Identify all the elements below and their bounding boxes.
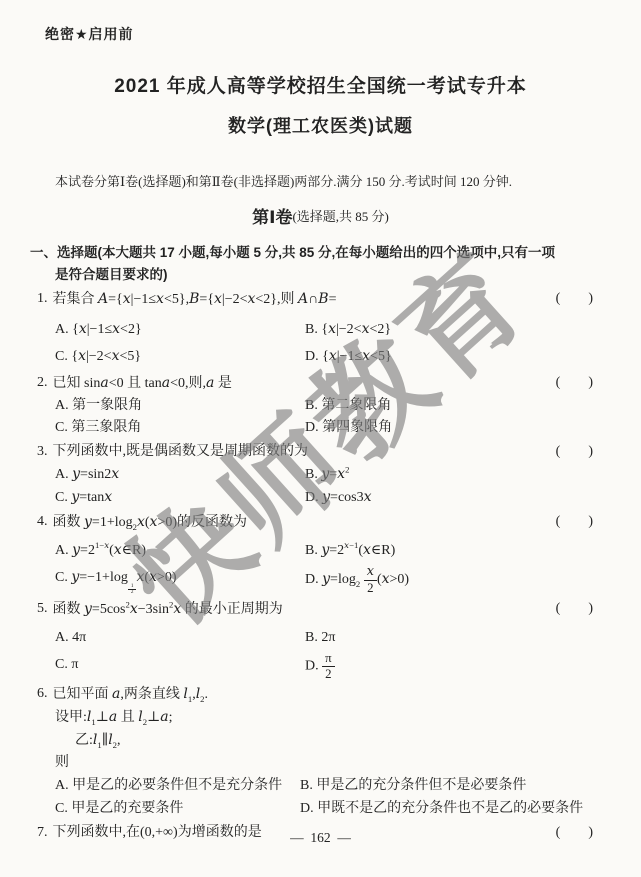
- exam-instructions: 本试卷分第Ⅰ卷(选择题)和第Ⅱ卷(非选择题)两部分.满分 150 分.考试时间 …: [55, 171, 512, 190]
- answer-bracket: ( ): [556, 372, 593, 394]
- option-3A: A. y=sin2x: [55, 463, 305, 486]
- exam-title: 2021 年成人高等学校招生全国统一考试专升本: [0, 71, 641, 98]
- answer-bracket: ( ): [556, 511, 593, 533]
- condition-then: 则: [55, 752, 593, 774]
- section-heading-line1: 一、选择题(本大题共 17 小题,每小题 5 分,共 85 分,在每小题给出的四…: [30, 242, 605, 264]
- question-stem: 已知 sina<0 且 tana<0,则,a 是: [53, 372, 232, 395]
- volume-heading: 第Ⅰ卷(选择题,共 85 分): [0, 203, 641, 228]
- option-4A: A. y=21−x(x∈R): [55, 537, 305, 564]
- option-4C: C. y=−1+log12x(x>0): [55, 564, 305, 596]
- option-5D: D. π2: [305, 651, 593, 682]
- option-2B: B. 第二象限角: [305, 395, 593, 417]
- section-heading-line2: 是符合题目要求的): [55, 264, 605, 286]
- volume-title: 第Ⅰ卷: [252, 208, 292, 227]
- question-number: 2.: [37, 372, 48, 394]
- question-6: 6. 已知平面 a,两条直线 l1,l2. 设甲:l1⊥a 且 l2⊥a; 乙:…: [37, 683, 593, 820]
- option-5A: A. 4π: [55, 624, 305, 651]
- questions-area: 1. 若集合 A={x|−1≤x<5},B={x|−2<x<2},则 A∩B= …: [37, 288, 593, 847]
- answer-bracket: ( ): [556, 441, 593, 463]
- question-2: 2. 已知 sina<0 且 tana<0,则,a 是 ( ) A. 第一象限角…: [37, 372, 593, 439]
- option-1C: C. {x|−2<x<5}: [55, 343, 305, 370]
- page-number: — 162 —: [0, 830, 641, 846]
- question-1: 1. 若集合 A={x|−1≤x<5},B={x|−2<x<2},则 A∩B= …: [37, 288, 593, 370]
- option-1B: B. {x|−2<x<2}: [305, 316, 593, 343]
- option-2D: D. 第四象限角: [305, 417, 593, 439]
- question-stem: 函数 y=5cos2x−3sin2x 的最小正周期为: [53, 598, 283, 621]
- question-number: 6.: [37, 683, 48, 705]
- question-stem: 已知平面 a,两条直线 l1,l2.: [53, 683, 209, 706]
- option-6D: D. 甲既不是乙的充分条件也不是乙的必要条件: [300, 797, 593, 820]
- option-1A: A. {x|−1≤x<2}: [55, 316, 305, 343]
- question-4: 4. 函数 y=1+log2x(x>0)的反函数为 ( ) A. y=21−x(…: [37, 511, 593, 596]
- option-6C: C. 甲是乙的充要条件: [55, 797, 300, 820]
- option-2C: C. 第三象限角: [55, 417, 305, 439]
- section-heading: 一、选择题(本大题共 17 小题,每小题 5 分,共 85 分,在每小题给出的四…: [30, 242, 605, 286]
- option-2A: A. 第一象限角: [55, 395, 305, 417]
- answer-bracket: ( ): [556, 598, 593, 620]
- exam-subtitle: 数学(理工农医类)试题: [0, 112, 641, 138]
- question-stem: 函数 y=1+log2x(x>0)的反函数为: [53, 511, 248, 534]
- condition-jia: 设甲:l1⊥a 且 l2⊥a;: [55, 706, 593, 729]
- option-1D: D. {x|−1≤x<5}: [305, 343, 593, 370]
- option-4D: D. y=log2 x2(x>0): [305, 564, 593, 596]
- classification-label: 绝密★启用前: [45, 24, 134, 44]
- option-6B: B. 甲是乙的充分条件但不是必要条件: [300, 774, 593, 797]
- question-stem: 若集合 A={x|−1≤x<5},B={x|−2<x<2},则 A∩B=: [53, 288, 337, 311]
- exam-paper-page: 绝密★启用前 2021 年成人高等学校招生全国统一考试专升本 数学(理工农医类)…: [0, 0, 641, 877]
- answer-bracket: ( ): [556, 288, 593, 310]
- question-number: 4.: [37, 511, 48, 533]
- question-number: 5.: [37, 598, 48, 620]
- option-3C: C. y=tanx: [55, 486, 305, 509]
- option-3D: D. y=cos3x: [305, 486, 593, 509]
- question-number: 3.: [37, 441, 48, 463]
- option-3B: B. y=x2: [305, 463, 593, 486]
- option-6A: A. 甲是乙的必要条件但不是充分条件: [55, 774, 300, 797]
- volume-note: (选择题,共 85 分): [292, 209, 388, 224]
- condition-yi: 乙:l1∥l2,: [75, 729, 593, 752]
- question-3: 3. 下列函数中,既是偶函数又是周期函数的为 ( ) A. y=sin2x B.…: [37, 441, 593, 509]
- option-5C: C. π: [55, 651, 305, 682]
- question-number: 1.: [37, 288, 48, 310]
- question-6-conditions: 设甲:l1⊥a 且 l2⊥a; 乙:l1∥l2, 则: [37, 706, 593, 774]
- option-5B: B. 2π: [305, 624, 593, 651]
- question-5: 5. 函数 y=5cos2x−3sin2x 的最小正周期为 ( ) A. 4π …: [37, 598, 593, 682]
- question-stem: 下列函数中,既是偶函数又是周期函数的为: [53, 441, 309, 463]
- option-4B: B. y=2x−1(x∈R): [305, 537, 593, 564]
